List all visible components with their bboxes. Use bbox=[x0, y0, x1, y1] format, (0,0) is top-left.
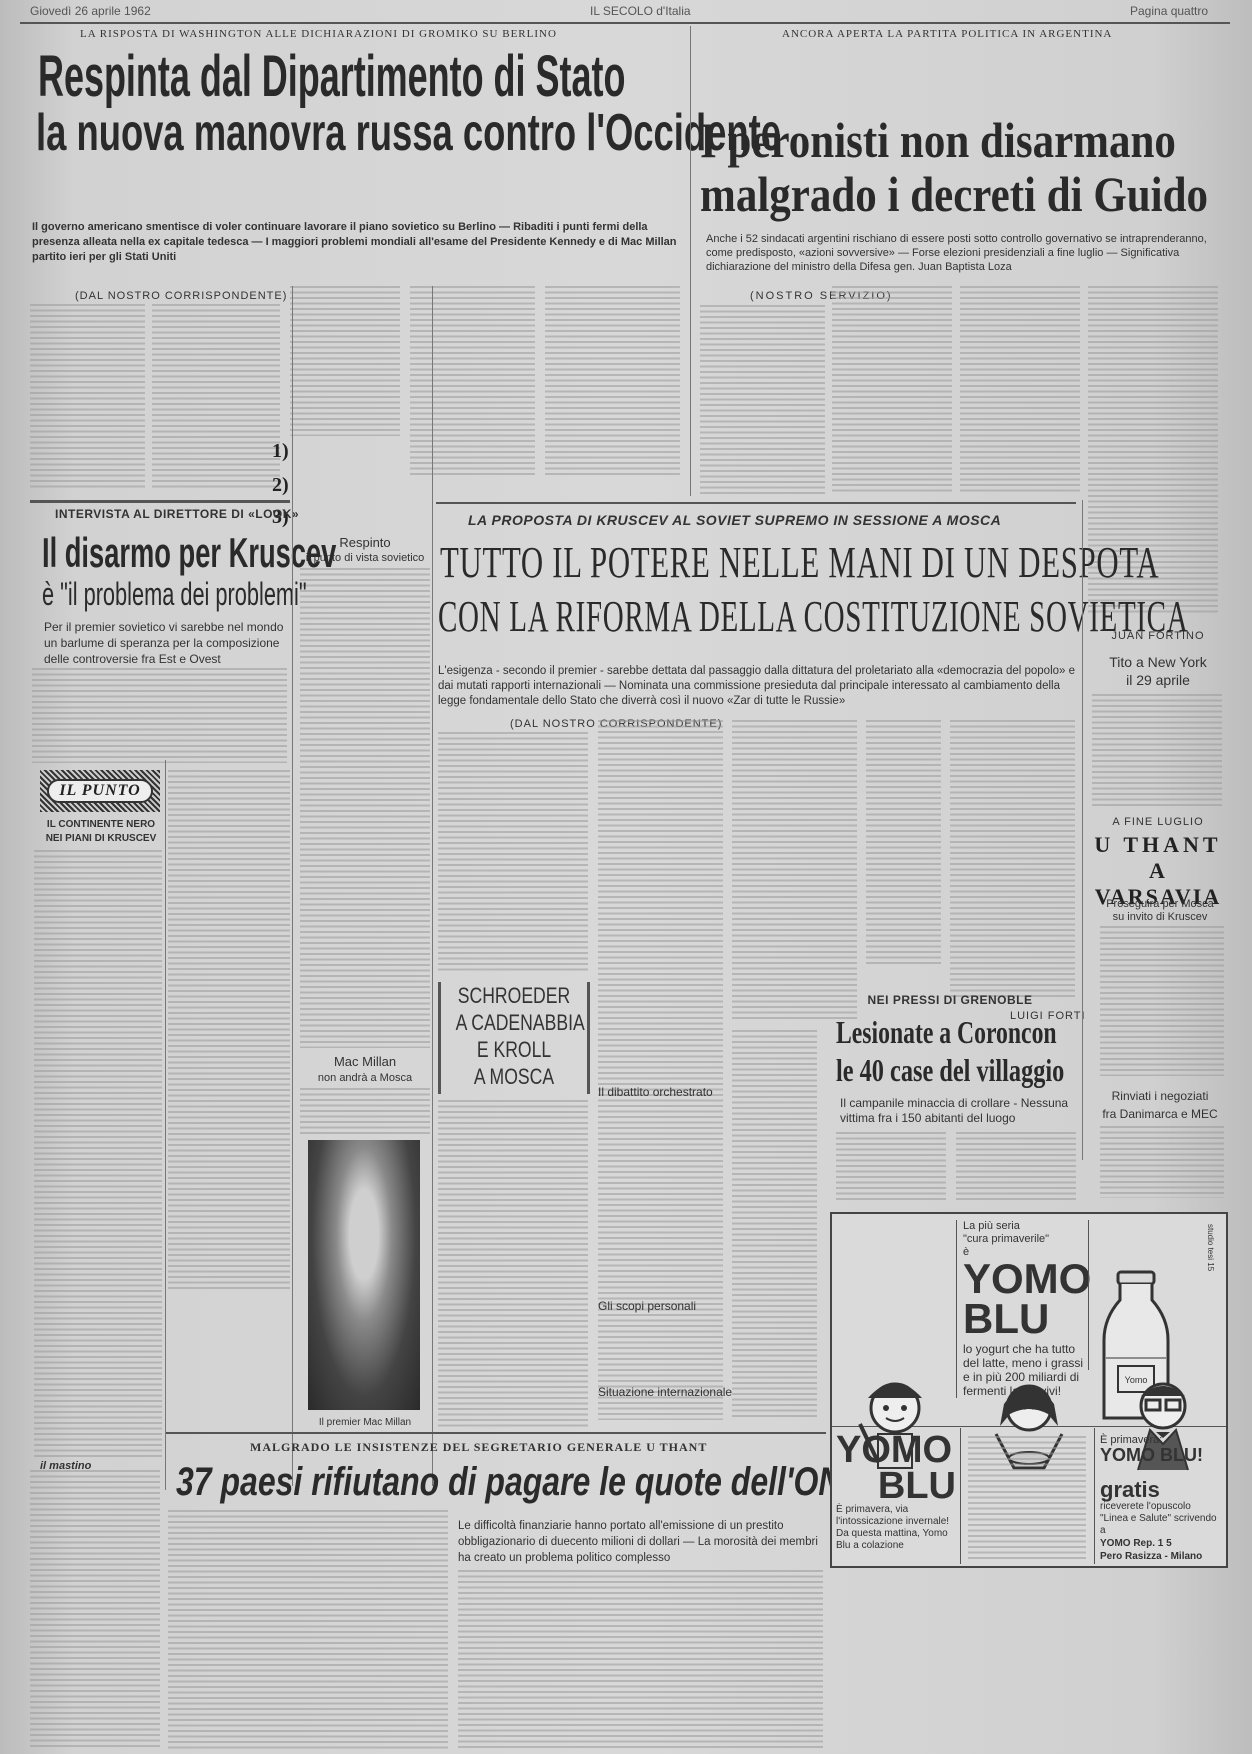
ad-right-brand: YOMO BLU! bbox=[1100, 1447, 1220, 1464]
macmillan-subhead-2: non andrà a Mosca bbox=[300, 1072, 430, 1085]
onu-deck: Le difficoltà finanziarie hanno portato … bbox=[458, 1518, 818, 1566]
kruscev-body-col-3 bbox=[732, 720, 857, 1020]
kruscev-body-col-5 bbox=[950, 720, 1075, 1000]
schroeder-body bbox=[438, 1100, 588, 1430]
ad-brand-line-2: BLU bbox=[963, 1299, 1093, 1339]
ad-left-tagline: È primavera, via l'intossicazione invern… bbox=[836, 1504, 956, 1552]
kruscev-subhead-1: Il dibattito orchestrato bbox=[598, 1086, 713, 1099]
onu-headline: 37 paesi rifiutano di pagare le quote de… bbox=[176, 1460, 865, 1504]
rinviati-title-1: Rinviati i negoziati bbox=[1090, 1090, 1230, 1103]
il-punto-badge: IL PUNTO bbox=[40, 770, 160, 812]
ad-divider bbox=[960, 1428, 961, 1564]
onu-body-col-2 bbox=[458, 1570, 823, 1750]
column-divider bbox=[432, 286, 433, 1486]
kruscev-body-col-2 bbox=[598, 720, 723, 1420]
argentina-kicker: ANCORA APERTA LA PARTITA POLITICA IN ARG… bbox=[782, 28, 1112, 40]
schroeder-line-3: E KROLL bbox=[456, 1036, 573, 1063]
schroeder-line-4: A MOSCA bbox=[456, 1063, 573, 1090]
kruscev-headline-2: CON LA RIFORMA DELLA COSTITUZIONE SOVIET… bbox=[438, 594, 1188, 640]
ad-bottom-right: È primavera: YOMO BLU! gratis riceverete… bbox=[1100, 1434, 1220, 1563]
washington-byline: (DAL NOSTRO CORRISPONDENTE) bbox=[75, 290, 287, 303]
rinviati-body bbox=[1100, 1126, 1224, 1198]
washington-kicker: LA RISPOSTA DI WASHINGTON ALLE DICHIARAZ… bbox=[80, 28, 557, 40]
grenoble-kicker: NEI PRESSI DI GRENOBLE bbox=[830, 994, 1070, 1007]
masthead-rule bbox=[20, 22, 1230, 24]
uthant-deck: Proseguirà per Mosca su invito di Krusce… bbox=[1100, 898, 1220, 924]
washington-body-col-2 bbox=[152, 304, 280, 490]
kruscev-kicker: LA PROPOSTA DI KRUSCEV AL SOVIET SUPREMO… bbox=[468, 512, 1001, 528]
washington-body-col-3 bbox=[290, 286, 400, 436]
column-divider bbox=[690, 26, 691, 496]
onu-body-col-1 bbox=[168, 1510, 448, 1750]
washington-headline-1: Respinta dal Dipartimento di Stato bbox=[38, 46, 625, 108]
argentina-body-col-1 bbox=[700, 305, 825, 495]
kruscev-body-col-6 bbox=[732, 1030, 817, 1420]
look-deck: Per il premier sovietico vi sarebbe nel … bbox=[44, 619, 290, 667]
look-body-col-2 bbox=[168, 770, 290, 1290]
il-punto-body-cont bbox=[30, 1470, 160, 1750]
tito-title-1: Tito a New York bbox=[1088, 656, 1228, 669]
ad-top-copy: La più seria "cura primaverile" è YOMO B… bbox=[956, 1220, 1093, 1398]
ad-right-offer: riceverete l'opuscolo "Linea e Salute" s… bbox=[1100, 1501, 1220, 1537]
kruscev-subhead-2: Gli scopi personali bbox=[598, 1300, 696, 1313]
washington-body-col-4 bbox=[410, 286, 535, 476]
kruscev-body-col-4 bbox=[866, 720, 941, 965]
kruscev-body-col-1 bbox=[438, 732, 588, 972]
washington-body-col-1 bbox=[30, 304, 145, 490]
ad-right-address-1: YOMO Rep. 1 5 bbox=[1100, 1537, 1220, 1550]
tito-body bbox=[1092, 694, 1222, 806]
list-marker-1: 1) bbox=[272, 440, 289, 463]
uthant-body bbox=[1100, 926, 1224, 1076]
ad-side-credit: studio tesi 15 bbox=[1204, 1224, 1217, 1271]
washington-body-col-5 bbox=[545, 286, 680, 476]
look-headline-2: è "il problema dei problemi" bbox=[42, 576, 307, 612]
section-rule bbox=[436, 502, 1076, 504]
section-rule bbox=[166, 1432, 826, 1434]
ad-bottom-brand-2: BLU bbox=[836, 1468, 956, 1504]
fine-luglio-kicker: A FINE LUGLIO bbox=[1088, 816, 1228, 829]
yomo-advertisement: La più seria "cura primaverile" è YOMO B… bbox=[830, 1212, 1228, 1568]
ad-intro-1: La più seria bbox=[963, 1220, 1093, 1233]
schroeder-line-1: SCHROEDER bbox=[456, 982, 573, 1009]
ad-middle-text bbox=[968, 1436, 1086, 1560]
macmillan-photo-caption: Il premier Mac Millan bbox=[300, 1416, 430, 1429]
argentina-headline-1: I peronisti non disarmano bbox=[700, 114, 1176, 166]
page-label: Pagina quattro bbox=[1130, 4, 1208, 18]
il-punto-label: IL PUNTO bbox=[47, 779, 152, 803]
washington-deck: Il governo americano smentisce di voler … bbox=[32, 220, 682, 265]
argentina-body-col-2 bbox=[832, 286, 952, 495]
uthant-headline-1: U THANT bbox=[1088, 832, 1228, 858]
argentina-body-col-3 bbox=[960, 286, 1080, 495]
washington-body-col-6 bbox=[300, 568, 430, 1048]
column-divider bbox=[1082, 500, 1083, 1160]
grenoble-body-col-1 bbox=[836, 1132, 946, 1202]
ad-divider bbox=[1088, 1220, 1089, 1370]
grenoble-deck: Il campanile minaccia di crollare - Ness… bbox=[840, 1096, 1072, 1126]
kruscev-deck: L'esigenza - secondo il premier - sarebb… bbox=[438, 664, 1078, 709]
ad-intro-2: "cura primaverile" bbox=[963, 1233, 1093, 1246]
ad-bottom-brand-1: YOMO bbox=[836, 1432, 956, 1468]
rinviati-title-2: fra Danimarca e MEC bbox=[1090, 1108, 1230, 1121]
list-marker-2: 2) bbox=[272, 474, 289, 497]
look-body bbox=[32, 668, 287, 763]
grenoble-headline-2: le 40 case del villaggio bbox=[836, 1052, 1064, 1088]
column-divider bbox=[292, 286, 293, 1486]
ad-brand-line-1: YOMO bbox=[963, 1259, 1093, 1299]
column-divider bbox=[165, 760, 166, 1490]
grenoble-body-col-2 bbox=[956, 1132, 1076, 1202]
issue-date: Giovedì 26 aprile 1962 bbox=[30, 4, 151, 18]
argentina-deck: Anche i 52 sindacati argentini rischiano… bbox=[706, 232, 1216, 274]
grenoble-headline-1: Lesionate a Coroncon bbox=[836, 1014, 1057, 1050]
il-punto-body bbox=[34, 850, 162, 1460]
newspaper-page: Giovedì 26 aprile 1962 IL SECOLO d'Itali… bbox=[0, 0, 1252, 1754]
schroeder-box: SCHROEDER A CADENABBIA E KROLL A MOSCA bbox=[438, 982, 590, 1094]
onu-kicker: MALGRADO LE INSISTENZE DEL SEGRETARIO GE… bbox=[250, 1440, 707, 1455]
kruscev-headline-1: TUTTO IL POTERE NELLE MANI DI UN DESPOTA bbox=[440, 540, 1159, 586]
argentina-headline-2: malgrado i decreti di Guido bbox=[700, 168, 1208, 220]
macmillan-subhead-1: Mac Millan bbox=[300, 1055, 430, 1068]
ad-right-address-2: Pero Rasizza - Milano bbox=[1100, 1550, 1220, 1563]
ad-bottom-left: YOMO BLU È primavera, via l'intossicazio… bbox=[836, 1432, 956, 1552]
tito-title-2: il 29 aprile bbox=[1088, 674, 1228, 687]
ad-divider bbox=[1094, 1428, 1095, 1564]
washington-headline-2: la nuova manovra russa contro l'Occident… bbox=[36, 106, 781, 160]
kruscev-subhead-3: Situazione internazionale bbox=[598, 1386, 732, 1399]
newspaper-name: IL SECOLO d'Italia bbox=[590, 4, 691, 18]
il-punto-title-1: IL CONTINENTE NERO bbox=[38, 818, 164, 831]
section-rule bbox=[30, 500, 290, 503]
ad-right-gratis: gratis bbox=[1100, 1480, 1220, 1501]
macmillan-photo bbox=[308, 1140, 420, 1410]
schroeder-line-2: A CADENABBIA bbox=[456, 1009, 573, 1036]
look-kicker: INTERVISTA AL DIRETTORE DI «LOOK» bbox=[55, 508, 299, 521]
macmillan-body bbox=[300, 1088, 430, 1136]
il-punto-title-2: NEI PIANI DI KRUSCEV bbox=[38, 832, 164, 845]
